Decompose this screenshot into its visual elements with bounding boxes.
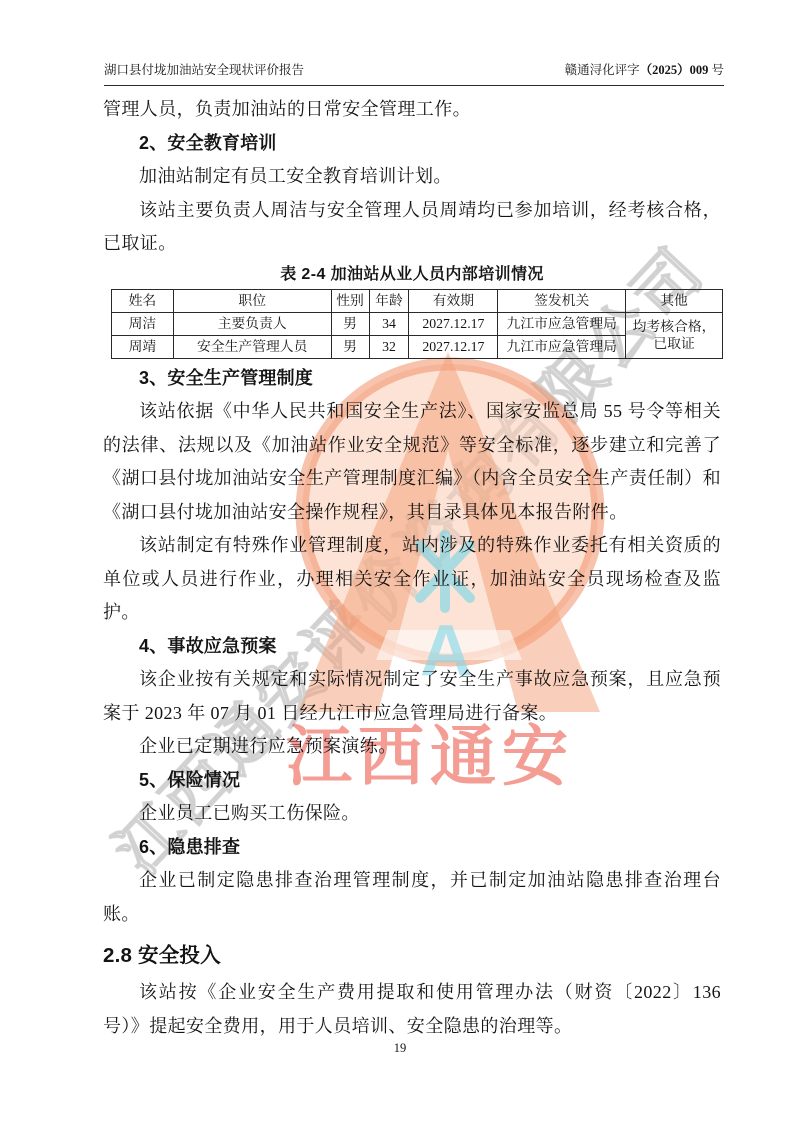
paragraph-training-status: 该站主要负责人周洁与安全管理人员周靖均已参加培训，经考核合格，已取证。	[103, 194, 721, 261]
heading-6-hazard-inspection: 6、隐患排查	[103, 831, 721, 865]
heading-2-safety-education: 2、安全教育培训	[103, 127, 721, 161]
col-header-other: 其他	[626, 289, 723, 312]
cell-gender: 男	[331, 335, 369, 358]
cell-age: 32	[369, 335, 409, 358]
cell-validity: 2027.12.17	[409, 312, 498, 335]
paragraph-safety-funds: 该站按《企业安全生产费用提取和使用管理办法（财资〔2022〕136 号）》提起安…	[103, 976, 721, 1043]
header-doc-number: 赣通浔化评字（2025）009 号	[565, 62, 724, 79]
paragraph-training-plan: 加油站制定有员工安全教育培训计划。	[103, 160, 721, 194]
paragraph-insurance: 企业员工已购买工伤保险。	[103, 797, 721, 831]
table-row: 周洁 主要负责人 男 34 2027.12.17 九江市应急管理局 均考核合格，…	[112, 312, 723, 335]
document-body: 管理人员，负责加油站的日常安全管理工作。 2、安全教育培训 加油站制定有员工安全…	[103, 93, 721, 1043]
cell-position: 主要负责人	[173, 312, 331, 335]
cell-issuer: 九江市应急管理局	[498, 335, 626, 358]
header-report-title: 湖口县付垅加油站安全现状评价报告	[104, 62, 304, 79]
internal-training-table: 姓名 职位 性别 年龄 有效期 签发机关 其他 周洁 主要负责人 男 34 20…	[111, 289, 723, 359]
page-footer: 19	[0, 1041, 800, 1056]
cell-name: 周洁	[112, 312, 174, 335]
col-header-position: 职位	[173, 289, 331, 312]
cell-validity: 2027.12.17	[409, 335, 498, 358]
paragraph-regulations: 该站依据《中华人民共和国安全生产法》、国家安监总局 55 号令等相关的法律、法规…	[103, 395, 721, 529]
paragraph-hazard-ledger: 企业已制定隐患排查治理管理制度，并已制定加油站隐患排查治理台账。	[103, 864, 721, 931]
col-header-name: 姓名	[112, 289, 174, 312]
page-header: 湖口县付垅加油站安全现状评价报告 赣通浔化评字（2025）009 号	[104, 62, 724, 86]
report-page: 江西通安评价咨询有限公司 A 江西通安 湖口县付垅加油站安全现状评价报告 赣通浔…	[0, 0, 800, 1131]
heading-3-management-system: 3、安全生产管理制度	[103, 362, 721, 396]
paragraph-special-operations: 该站制定有特殊作业管理制度，站内涉及的特殊作业委托有相关资质的单位或人员进行作业…	[103, 529, 721, 630]
cell-age: 34	[369, 312, 409, 335]
cell-issuer: 九江市应急管理局	[498, 312, 626, 335]
heading-2-8-safety-investment: 2.8 安全投入	[103, 936, 721, 976]
paragraph-emergency-drill: 企业已定期进行应急预案演练。	[103, 730, 721, 764]
col-header-gender: 性别	[331, 289, 369, 312]
cell-position: 安全生产管理人员	[173, 335, 331, 358]
doc-number-digits: （2025）009	[640, 63, 709, 77]
paragraph-emergency-filing: 该企业按有关规定和实际情况制定了安全生产事故应急预案，且应急预案于 2023 年…	[103, 663, 721, 730]
heading-4-emergency-plan: 4、事故应急预案	[103, 630, 721, 664]
cell-gender: 男	[331, 312, 369, 335]
col-header-issuer: 签发机关	[498, 289, 626, 312]
col-header-age: 年龄	[369, 289, 409, 312]
col-header-validity: 有效期	[409, 289, 498, 312]
cell-name: 周靖	[112, 335, 174, 358]
paragraph-intro-continuation: 管理人员，负责加油站的日常安全管理工作。	[103, 93, 721, 127]
table-title: 表 2-4 加油站从业人员内部培训情况	[103, 262, 721, 287]
heading-5-insurance: 5、保险情况	[103, 764, 721, 798]
page-number: 19	[394, 1041, 407, 1055]
cell-other-merged: 均考核合格，已取证	[626, 312, 723, 358]
table-header-row: 姓名 职位 性别 年龄 有效期 签发机关 其他	[112, 289, 723, 312]
